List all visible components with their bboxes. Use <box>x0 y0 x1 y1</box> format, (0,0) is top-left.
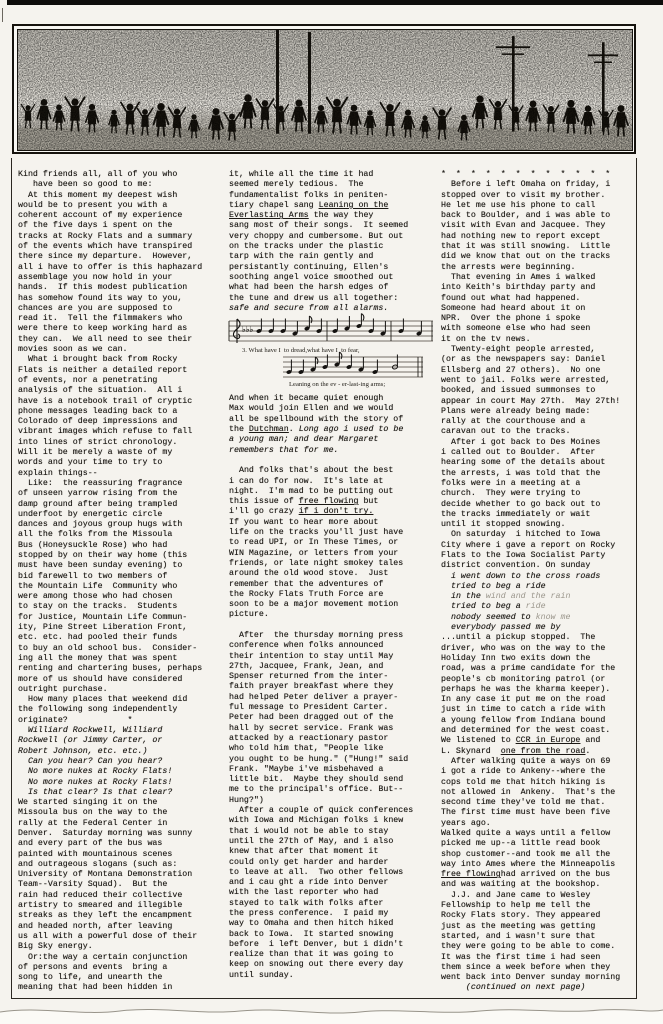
music-staff-1: ♭♭♭ <box>229 318 433 348</box>
column-middle-top: it, while all the time it hadseemed mere… <box>229 170 436 314</box>
scan-artifact <box>2 8 3 22</box>
music-notation: ♭♭♭ 3. What have I to dread,what have I … <box>229 316 436 392</box>
torn-paper-edge <box>0 1000 663 1024</box>
column-middle: it, while all the time it hadseemed mere… <box>229 170 436 981</box>
crowd-photo <box>17 29 633 151</box>
crowd-photo-frame <box>12 24 636 154</box>
column-right: * * * * * * * * * * * * Before i left Om… <box>441 170 635 994</box>
svg-text:♭♭♭: ♭♭♭ <box>242 325 254 334</box>
column-middle-bottom: And when it became quiet enoughMax would… <box>229 394 436 981</box>
hymn-lyric-line-2: Leaning on the ev - er-last-ing arms; <box>289 380 385 390</box>
halftone-grain <box>18 30 632 150</box>
column-left: Kind friends all, all of you who have be… <box>18 170 224 994</box>
scanned-page: Kind friends all, all of you who have be… <box>0 0 663 1024</box>
scan-edge-bar <box>7 0 663 5</box>
